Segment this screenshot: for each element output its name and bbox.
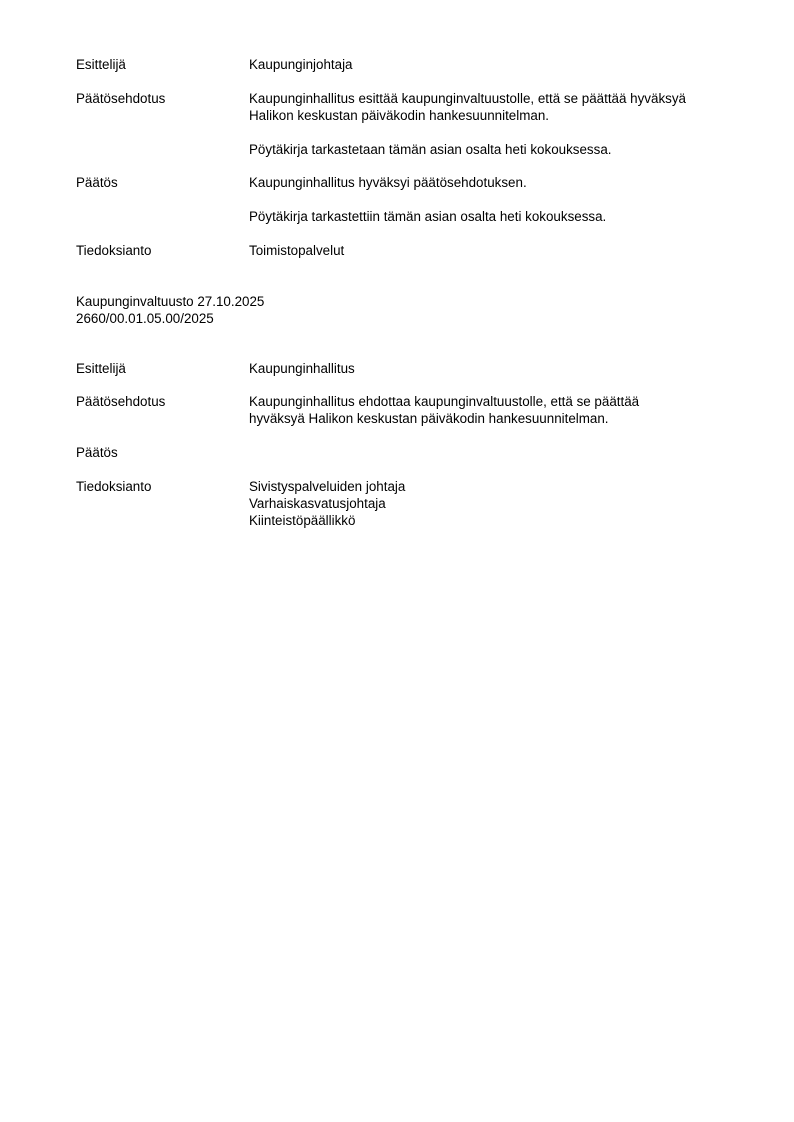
meeting-title: Kaupunginvaltuusto 27.10.2025 <box>76 293 264 310</box>
meeting-reference: 2660/00.01.05.00/2025 <box>76 310 214 327</box>
s1-paatos-note: Pöytäkirja tarkastettiin tämän asian osa… <box>249 208 749 225</box>
s2-tiedoksianto-value: Sivistyspalveluiden johtaja Varhaiskasva… <box>249 478 749 529</box>
s2-paatos-label: Päätös <box>76 444 118 461</box>
s2-tiedoksianto-label: Tiedoksianto <box>76 478 151 495</box>
s1-esittelija-value: Kaupunginjohtaja <box>249 56 749 73</box>
s2-tiedoksianto-line: Varhaiskasvatusjohtaja <box>249 495 749 512</box>
s1-paatosehdotus-label: Päätösehdotus <box>76 90 165 107</box>
s2-esittelija-value: Kaupunginhallitus <box>249 360 749 377</box>
s2-paatosehdotus-line: hyväksyä Halikon keskustan päiväkodin ha… <box>249 410 749 427</box>
s2-paatosehdotus-line: Kaupunginhallitus ehdottaa kaupunginvalt… <box>249 393 749 410</box>
s2-paatosehdotus-label: Päätösehdotus <box>76 393 165 410</box>
s1-paatosehdotus-value: Kaupunginhallitus esittää kaupunginvaltu… <box>249 90 749 124</box>
s1-paatosehdotus-note: Pöytäkirja tarkastetaan tämän asian osal… <box>249 141 749 158</box>
s2-paatosehdotus-value: Kaupunginhallitus ehdottaa kaupunginvalt… <box>249 393 749 427</box>
s2-tiedoksianto-line: Sivistyspalveluiden johtaja <box>249 478 749 495</box>
s1-paatos-value: Kaupunginhallitus hyväksyi päätösehdotuk… <box>249 174 749 191</box>
s1-paatos-label: Päätös <box>76 174 118 191</box>
s1-paatosehdotus-line: Halikon keskustan päiväkodin hankesuunni… <box>249 107 749 124</box>
s2-esittelija-label: Esittelijä <box>76 360 126 377</box>
s2-tiedoksianto-line: Kiinteistöpäällikkö <box>249 512 749 529</box>
s1-tiedoksianto-value: Toimistopalvelut <box>249 242 749 259</box>
document-page: Esittelijä Kaupunginjohtaja Päätösehdotu… <box>0 0 794 1122</box>
s1-paatosehdotus-line: Kaupunginhallitus esittää kaupunginvaltu… <box>249 90 749 107</box>
s1-esittelija-label: Esittelijä <box>76 56 126 73</box>
s1-tiedoksianto-label: Tiedoksianto <box>76 242 151 259</box>
